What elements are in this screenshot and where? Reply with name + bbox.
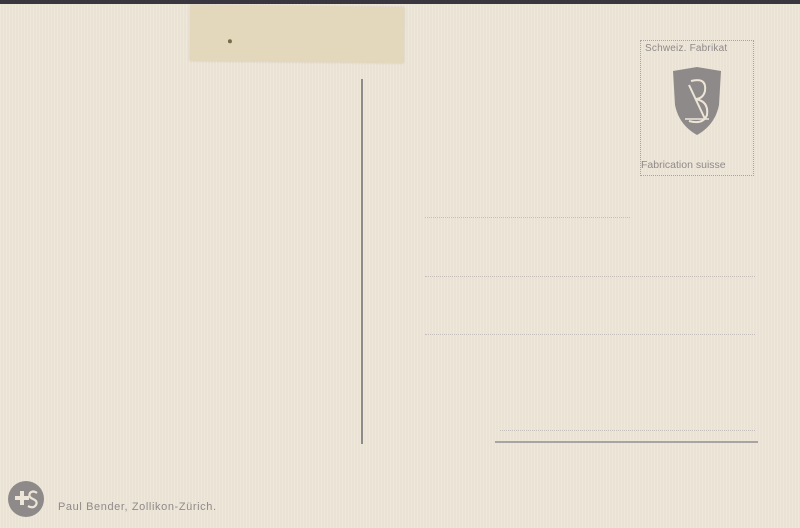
stain [228,39,232,43]
adhesive-tape [190,5,405,63]
stamp-box: Schweiz. Fabrikat Fabrication suisse [640,40,754,176]
center-divider-line [361,79,363,444]
address-line-2 [425,276,755,277]
stamp-top-text: Schweiz. Fabrikat [645,43,727,54]
publisher-logo-icon [7,480,45,518]
postcard-back: Schweiz. Fabrikat Fabrication suisse Pau… [0,4,800,528]
address-line-3 [425,334,755,335]
shield-monogram-icon [669,65,725,137]
address-underline [495,441,758,443]
address-line-4 [500,430,755,431]
stamp-bottom-text: Fabrication suisse [641,159,726,171]
publisher-imprint: Paul Bender, Zollikon-Zürich. [58,501,217,513]
address-line-1 [425,217,630,218]
